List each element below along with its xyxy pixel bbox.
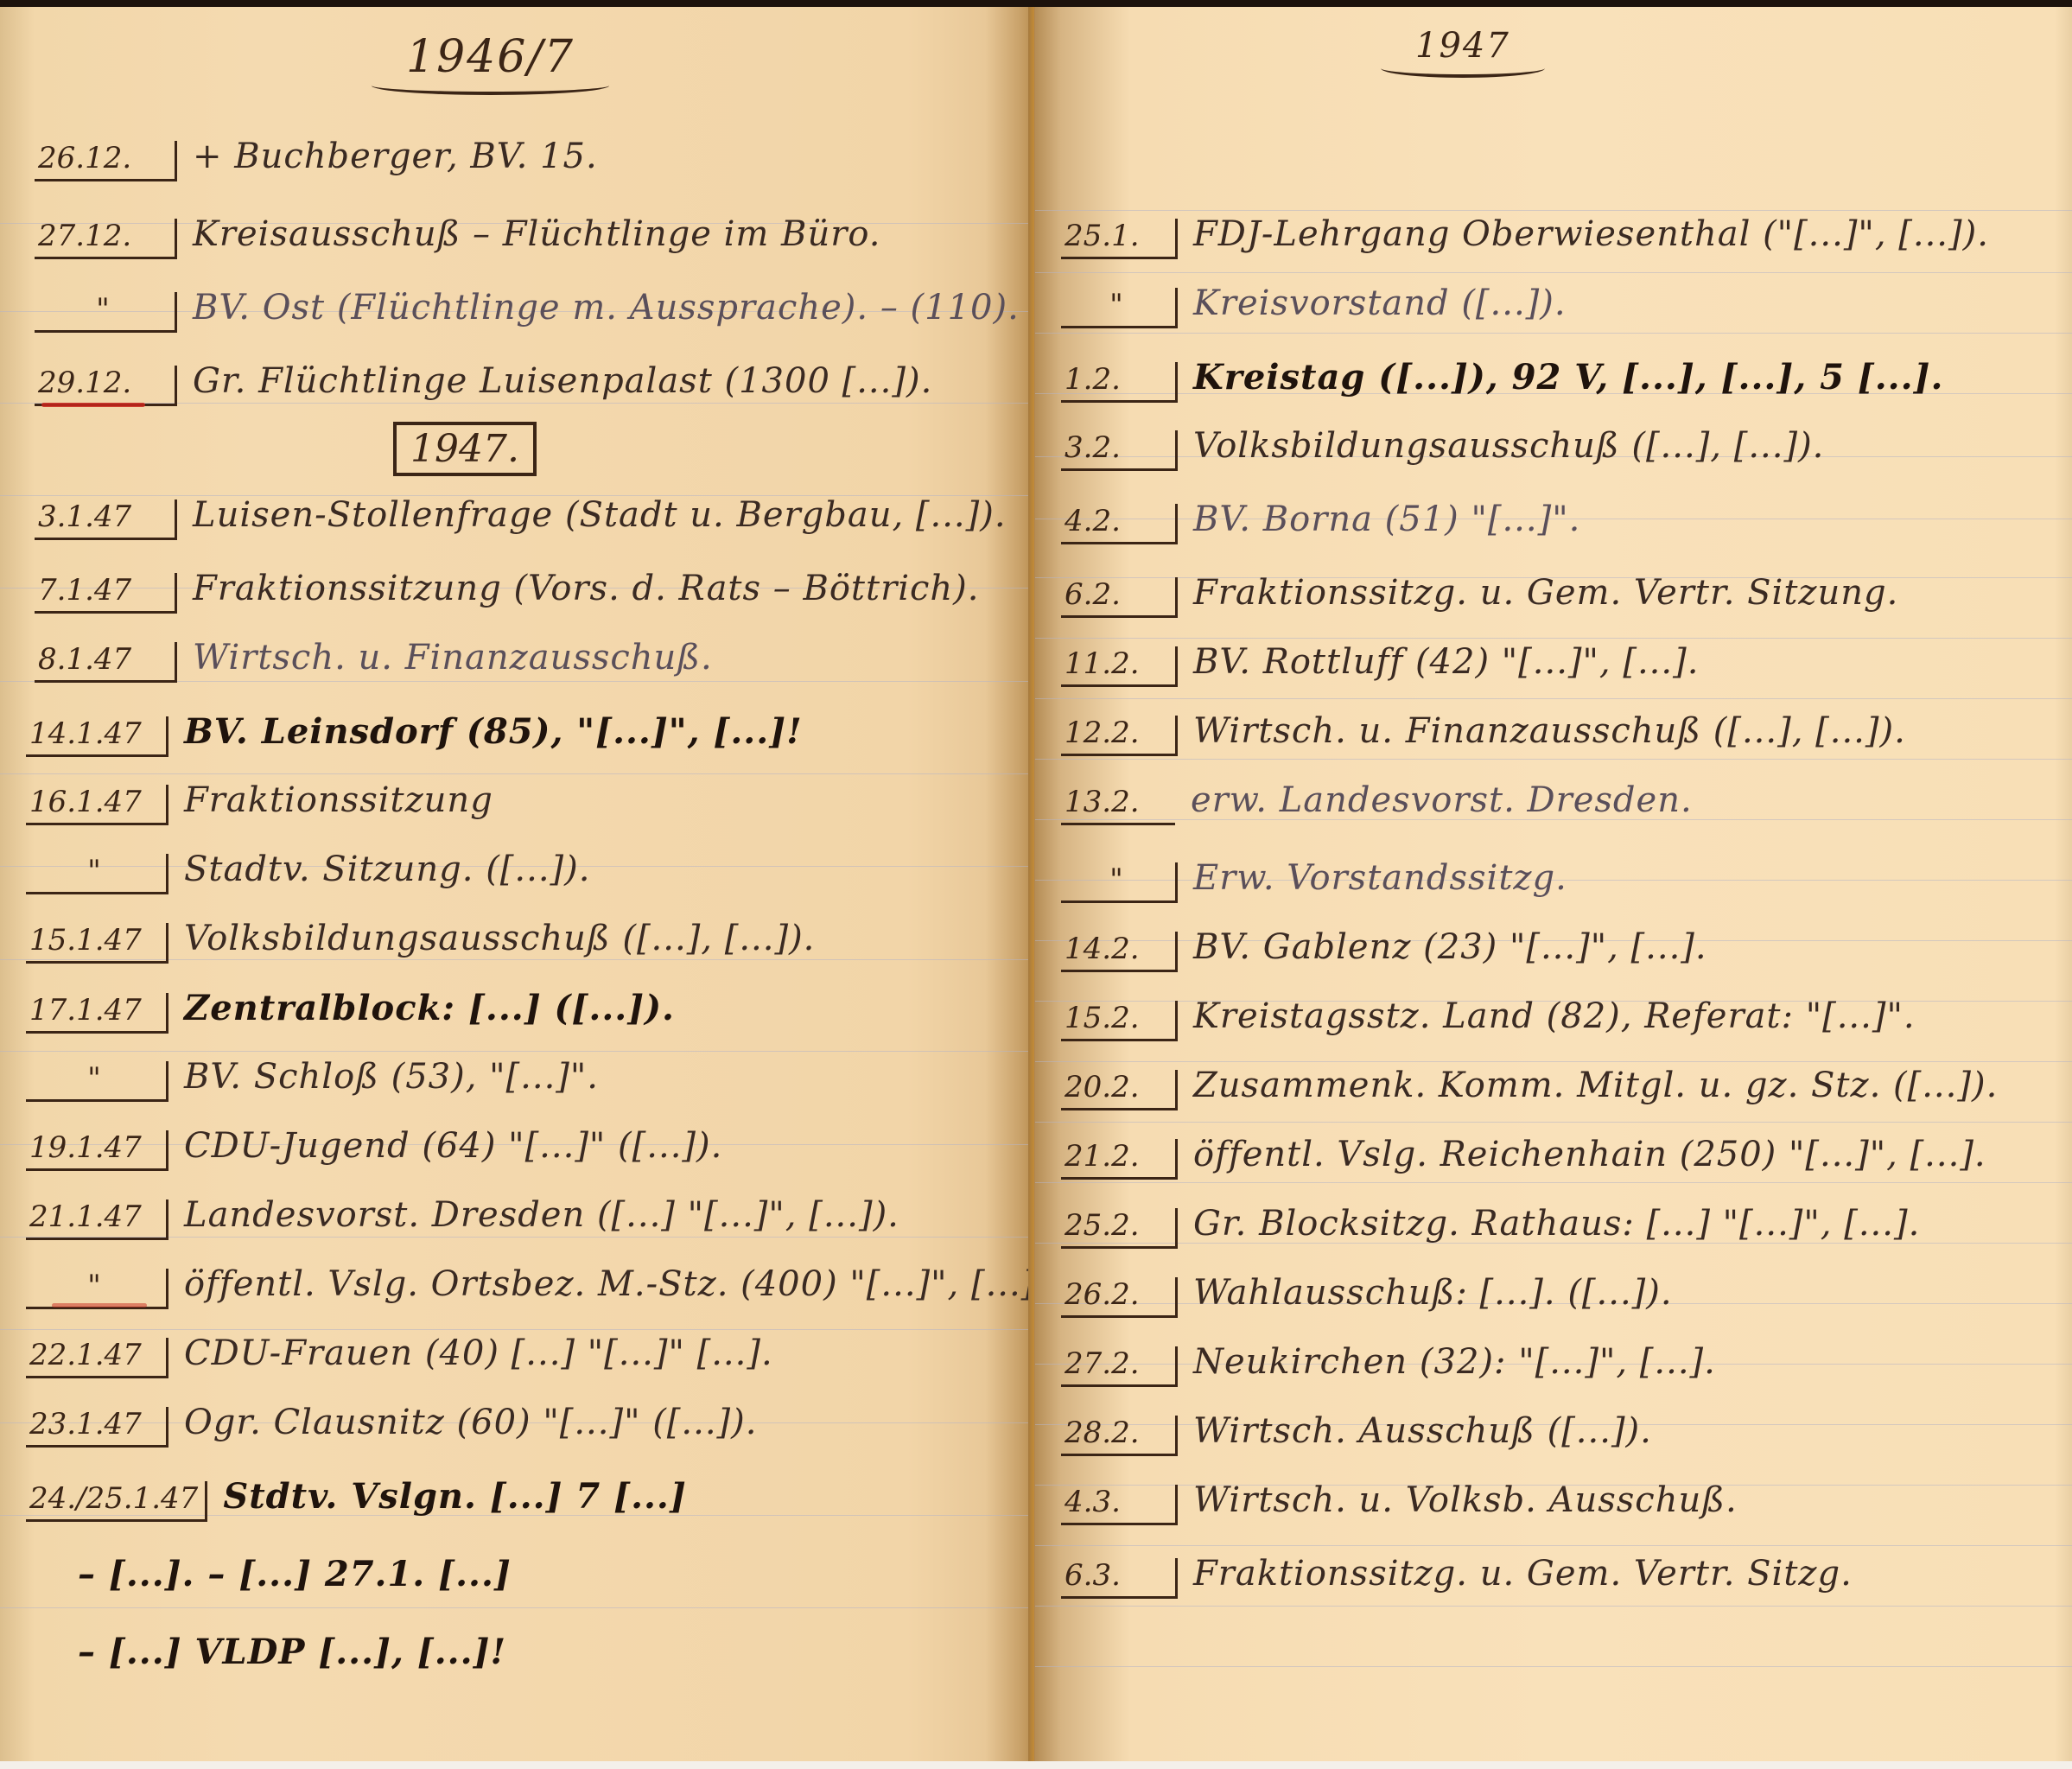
entry-text: Fraktionssitzung (Vors. d. Rats – Böttri…	[193, 569, 979, 608]
diary-entry: 22.1.47 CDU-Frauen (40) [...] "[...]" [.…	[26, 1333, 773, 1378]
entry-text: Stadtv. Sitzung. ([...]).	[184, 850, 590, 889]
entry-date: 15.2.	[1061, 1001, 1178, 1041]
entry-text: BV. Gablenz (23) "[...]", [...].	[1193, 927, 1707, 967]
diary-entry: 23.1.47 Ogr. Clausnitz (60) "[...]" ([..…	[26, 1403, 757, 1448]
entry-date: 25.1.	[1061, 219, 1178, 259]
diary-entry: 26.2. Wahlausschuß: [...]. ([...]).	[1061, 1273, 1673, 1318]
diary-entry: 15.2. Kreistagsstz. Land (82), Referat: …	[1061, 996, 1916, 1041]
diary-entry: " Erw. Vorstandssitzg.	[1061, 858, 1567, 903]
entry-date: 23.1.47	[26, 1407, 168, 1448]
entry-text: Fraktionssitzg. u. Gem. Vertr. Sitzung.	[1193, 573, 1898, 613]
diary-entry: 8.1.47 Wirtsch. u. Finanzausschuß.	[35, 638, 713, 683]
entry-text: Ogr. Clausnitz (60) "[...]" ([...]).	[184, 1403, 757, 1442]
diary-entry: 12.2. Wirtsch. u. Finanzausschuß ([...],…	[1061, 711, 1906, 756]
entry-text: Kreisausschuß – Flüchtlinge im Büro.	[193, 214, 880, 254]
page-year-title: 1946/7	[406, 31, 575, 83]
entry-date: "	[35, 292, 177, 333]
entry-text: BV. Rottluff (42) "[...]", [...].	[1193, 642, 1699, 682]
entry-date: 8.1.47	[35, 642, 177, 683]
entry-text: Zusammenk. Komm. Mitgl. u. gz. Stz. ([..…	[1193, 1066, 1998, 1105]
entry-text: Stdtv. Vslgn. [...] 7 [...]	[223, 1476, 686, 1517]
entry-text: BV. Schloß (53), "[...]".	[184, 1057, 599, 1097]
entry-text: BV. Ost (Flüchtlinge m. Aussprache). – (…	[193, 288, 1020, 328]
entry-date: 25.2.	[1061, 1208, 1178, 1249]
entry-date: "	[1061, 288, 1178, 328]
entry-date: 27.2.	[1061, 1346, 1178, 1387]
diary-entry: 29.12. Gr. Flüchtlinge Luisenpalast (130…	[35, 361, 932, 406]
diary-entry: " BV. Schloß (53), "[...]".	[26, 1057, 599, 1102]
entry-text: Fraktionssitzg. u. Gem. Vertr. Sitzg.	[1193, 1554, 1853, 1594]
entry-text: Kreistagsstz. Land (82), Referat: "[...]…	[1193, 996, 1916, 1036]
diary-entry: 11.2. BV. Rottluff (42) "[...]", [...].	[1061, 642, 1699, 687]
entry-date: "	[26, 854, 168, 894]
entry-text: BV. Borna (51) "[...]".	[1193, 500, 1580, 539]
entry-date: 7.1.47	[35, 573, 177, 614]
entry-date: 3.2.	[1061, 430, 1178, 471]
entry-date: 3.1.47	[35, 500, 177, 540]
entry-date: 16.1.47	[26, 785, 168, 825]
entry-date: 22.1.47	[26, 1338, 168, 1378]
diary-entry: " Stadtv. Sitzung. ([...]).	[26, 850, 590, 894]
entry-date: 26.2.	[1061, 1277, 1178, 1318]
diary-entry: 21.2. öffentl. Vslg. Reichenhain (250) "…	[1061, 1135, 1986, 1180]
diary-entry: 15.1.47 Volksbildungsausschuß ([...], [.…	[26, 919, 815, 964]
diary-entry: 13.2. erw. Landesvorst. Dresden.	[1061, 780, 1693, 825]
entry-text: Wirtsch. u. Finanzausschuß ([...], [...]…	[1193, 711, 1906, 751]
entry-date: 24./25.1.47	[26, 1481, 207, 1522]
diary-entry: 3.2. Volksbildungsausschuß ([...], [...]…	[1061, 426, 1824, 471]
entry-text: Erw. Vorstandssitzg.	[1193, 858, 1567, 898]
entry-text: Wirtsch. Ausschuß ([...]).	[1193, 1411, 1652, 1451]
diary-entry: 25.2. Gr. Blocksitzg. Rathaus: [...] "[.…	[1061, 1204, 1920, 1249]
left-page: 1946/7 26.12. + Buchberger, BV. 15. 27.1…	[0, 7, 1035, 1763]
entry-date: 29.12.	[35, 366, 177, 406]
entry-text: Luisen-Stollenfrage (Stadt u. Bergbau, […	[193, 495, 1007, 535]
entry-text: Wirtsch. u. Volksb. Ausschuß.	[1193, 1480, 1738, 1520]
entry-date: 11.2.	[1061, 646, 1178, 687]
entry-continuation-line: – [...] VLDP [...], [...]!	[78, 1632, 506, 1672]
diary-entry: 3.1.47 Luisen-Stollenfrage (Stadt u. Ber…	[35, 495, 1007, 540]
page-year-title: 1947	[1415, 26, 1510, 66]
diary-entry: " BV. Ost (Flüchtlinge m. Aussprache). –…	[35, 288, 1020, 333]
entry-text: FDJ-Lehrgang Oberwiesenthal ("[...]", [.…	[1193, 214, 1989, 254]
diary-entry: 20.2. Zusammenk. Komm. Mitgl. u. gz. Stz…	[1061, 1066, 1998, 1110]
year-box: 1947.	[393, 422, 537, 476]
entry-date: "	[1061, 862, 1178, 903]
diary-entry: 14.2. BV. Gablenz (23) "[...]", [...].	[1061, 927, 1707, 972]
diary-entry: 27.2. Neukirchen (32): "[...]", [...].	[1061, 1342, 1716, 1387]
diary-entry: 21.1.47 Landesvorst. Dresden ([...] "[..…	[26, 1195, 899, 1240]
diary-entry: 25.1. FDJ-Lehrgang Oberwiesenthal ("[...…	[1061, 214, 1989, 259]
entry-text: erw. Landesvorst. Dresden.	[1191, 780, 1693, 820]
entry-text: Kreisvorstand ([...]).	[1193, 283, 1567, 323]
diary-entry: 24./25.1.47 Stdtv. Vslgn. [...] 7 [...]	[26, 1476, 687, 1522]
entry-text: Kreistag ([...]), 92 V, [...], [...], 5 …	[1193, 357, 1943, 398]
diary-entry: 28.2. Wirtsch. Ausschuß ([...]).	[1061, 1411, 1652, 1456]
entry-text: + Buchberger, BV. 15.	[193, 137, 598, 176]
entry-text: Gr. Flüchtlinge Luisenpalast (1300 [...]…	[193, 361, 932, 401]
entry-date: 13.2.	[1061, 785, 1175, 825]
diary-entry: 26.12. + Buchberger, BV. 15.	[35, 137, 598, 181]
entry-text: Volksbildungsausschuß ([...], [...]).	[184, 919, 815, 958]
entry-date: 27.12.	[35, 219, 177, 259]
diary-entry: 1.2. Kreistag ([...]), 92 V, [...], [...…	[1061, 357, 1943, 403]
right-page: 1947 25.1. FDJ-Lehrgang Oberwiesenthal (…	[1035, 7, 2072, 1763]
entry-date: 19.1.47	[26, 1130, 168, 1171]
diary-entry: " Kreisvorstand ([...]).	[1061, 283, 1567, 328]
entry-date: 15.1.47	[26, 923, 168, 964]
entry-text: CDU-Frauen (40) [...] "[...]" [...].	[184, 1333, 773, 1373]
entry-date: "	[26, 1061, 168, 1102]
entry-date: 14.2.	[1061, 932, 1178, 972]
entry-date: 21.1.47	[26, 1199, 168, 1240]
entry-date: 20.2.	[1061, 1070, 1178, 1110]
entry-text: Zentralblock: [...] ([...]).	[184, 988, 675, 1028]
diary-entry: " öffentl. Vslg. Ortsbez. M.-Stz. (400) …	[26, 1264, 1035, 1309]
entry-continuation-line: – [...]. – [...] 27.1. [...]	[78, 1554, 512, 1594]
entry-text: Neukirchen (32): "[...]", [...].	[1193, 1342, 1716, 1382]
red-underline-mark	[41, 403, 145, 407]
entry-date: 21.2.	[1061, 1139, 1178, 1180]
red-underline-mark	[52, 1303, 147, 1308]
diary-entry: 27.12. Kreisausschuß – Flüchtlinge im Bü…	[35, 214, 880, 259]
diary-entry: 17.1.47 Zentralblock: [...] ([...]).	[26, 988, 675, 1034]
diary-entry: 7.1.47 Fraktionssitzung (Vors. d. Rats –…	[35, 569, 979, 614]
entry-date: 4.3.	[1061, 1485, 1178, 1525]
entry-date: 6.3.	[1061, 1558, 1178, 1599]
entry-text: öffentl. Vslg. Ortsbez. M.-Stz. (400) "[…	[184, 1264, 1035, 1304]
entry-date: 6.2.	[1061, 577, 1178, 618]
entry-date: 17.1.47	[26, 993, 168, 1034]
diary-entry: 19.1.47 CDU-Jugend (64) "[...]" ([...]).	[26, 1126, 722, 1171]
entry-text: öffentl. Vslg. Reichenhain (250) "[...]"…	[1193, 1135, 1986, 1174]
diary-entry: 6.3. Fraktionssitzg. u. Gem. Vertr. Sitz…	[1061, 1554, 1853, 1599]
entry-text: Landesvorst. Dresden ([...] "[...]", [..…	[184, 1195, 899, 1235]
entry-date: 12.2.	[1061, 716, 1178, 756]
entry-date: 26.12.	[35, 141, 177, 181]
entry-text: Wirtsch. u. Finanzausschuß.	[193, 638, 713, 678]
entry-date: 4.2.	[1061, 504, 1178, 544]
diary-entry: 14.1.47 BV. Leinsdorf (85), "[...]", [..…	[26, 711, 803, 757]
entry-text: Fraktionssitzung	[184, 780, 493, 820]
entry-date: 1.2.	[1061, 362, 1178, 403]
entry-text: Wahlausschuß: [...]. ([...]).	[1193, 1273, 1673, 1313]
diary-entry: 6.2. Fraktionssitzg. u. Gem. Vertr. Sitz…	[1061, 573, 1898, 618]
entry-text: CDU-Jugend (64) "[...]" ([...]).	[184, 1126, 722, 1166]
diary-entry: 4.3. Wirtsch. u. Volksb. Ausschuß.	[1061, 1480, 1738, 1525]
diary-entry: 16.1.47 Fraktionssitzung	[26, 780, 493, 825]
notebook-bottom-edge	[0, 1761, 2072, 1769]
diary-entry: 4.2. BV. Borna (51) "[...]".	[1061, 500, 1580, 544]
entry-text: Volksbildungsausschuß ([...], [...]).	[1193, 426, 1824, 466]
entry-text: Gr. Blocksitzg. Rathaus: [...] "[...]", …	[1193, 1204, 1920, 1244]
entry-date: 14.1.47	[26, 716, 168, 757]
entry-date: 28.2.	[1061, 1416, 1178, 1456]
entry-text: BV. Leinsdorf (85), "[...]", [...]!	[184, 711, 803, 752]
